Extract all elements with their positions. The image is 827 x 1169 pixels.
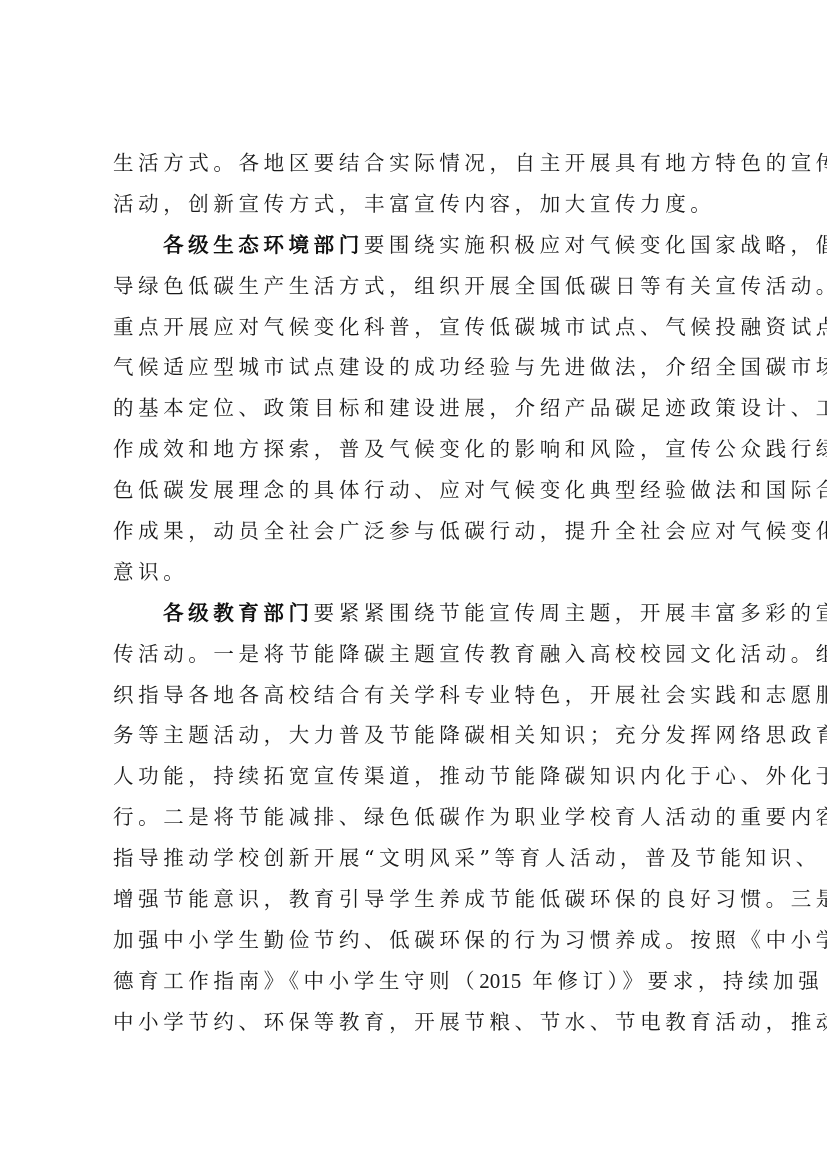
text-span: 要紧紧围绕节能宣传周主题，开展丰富多彩的宣 [314, 601, 827, 625]
paragraph-keyword: 各级教育部门 [163, 601, 314, 625]
text-line: 的基本定位、政策目标和建设进展，介绍产品碳足迹政策设计、工 [113, 388, 719, 429]
text-line: 指导推动学校创新开展“文明风采”等育人活动，普及节能知识、 [113, 838, 719, 879]
paragraph-keyword: 各级生态环境部门 [163, 233, 364, 257]
text-line: 人功能，持续拓宽宣传渠道，推动节能降碳知识内化于心、外化于 [113, 756, 719, 797]
text-line: 重点开展应对气候变化科普，宣传低碳城市试点、气候投融资试点、 [113, 307, 719, 348]
text-line: 生活方式。各地区要结合实际情况，自主开展具有地方特色的宣传 [113, 143, 719, 184]
text-line: 加强中小学生勤俭节约、低碳环保的行为习惯养成。按照《中小学 [113, 920, 719, 961]
paragraph-first-line: 各级教育部门要紧紧围绕节能宣传周主题，开展丰富多彩的宣 [113, 593, 719, 634]
text-line: 德育工作指南》《中小学生守则（2015 年修订）》要求，持续加强 [113, 961, 719, 1002]
text-line: 织指导各地各高校结合有关学科专业特色，开展社会实践和志愿服 [113, 675, 719, 716]
text-span: 德育工作指南》《中小学生守则（ [113, 969, 479, 993]
text-line: 气候适应型城市试点建设的成功经验与先进做法，介绍全国碳市场 [113, 347, 719, 388]
text-line: 意识。 [113, 552, 719, 593]
text-line: 作成效和地方探索，普及气候变化的影响和风险，宣传公众践行绿 [113, 429, 719, 470]
text-line: 增强节能意识，教育引导学生养成节能低碳环保的良好习惯。三是 [113, 879, 719, 920]
text-line: 导绿色低碳生产生活方式，组织开展全国低碳日等有关宣传活动。 [113, 266, 719, 307]
paragraph-first-line: 各级生态环境部门要围绕实施积极应对气候变化国家战略，倡 [113, 225, 719, 266]
text-line: 活动，创新宣传方式，丰富宣传内容，加大宣传力度。 [113, 184, 719, 225]
text-line: 务等主题活动，大力普及节能降碳相关知识；充分发挥网络思政育 [113, 715, 719, 756]
text-span: 年修订）》要求，持续加强 [521, 969, 823, 993]
text-line: 行。二是将节能减排、绿色低碳作为职业学校育人活动的重要内容， [113, 797, 719, 838]
document-page: 生活方式。各地区要结合实际情况，自主开展具有地方特色的宣传 活动，创新宣传方式，… [113, 143, 719, 1043]
text-line: 作成果，动员全社会广泛参与低碳行动，提升全社会应对气候变化 [113, 511, 719, 552]
text-line: 色低碳发展理念的具体行动、应对气候变化典型经验做法和国际合 [113, 470, 719, 511]
text-span: 要围绕实施积极应对气候变化国家战略，倡 [364, 233, 827, 257]
text-line: 传活动。一是将节能降碳主题宣传教育融入高校校园文化活动。组 [113, 634, 719, 675]
year-number: 2015 [479, 969, 521, 993]
text-line: 中小学节约、环保等教育，开展节粮、节水、节电教育活动，推动 [113, 1002, 719, 1043]
